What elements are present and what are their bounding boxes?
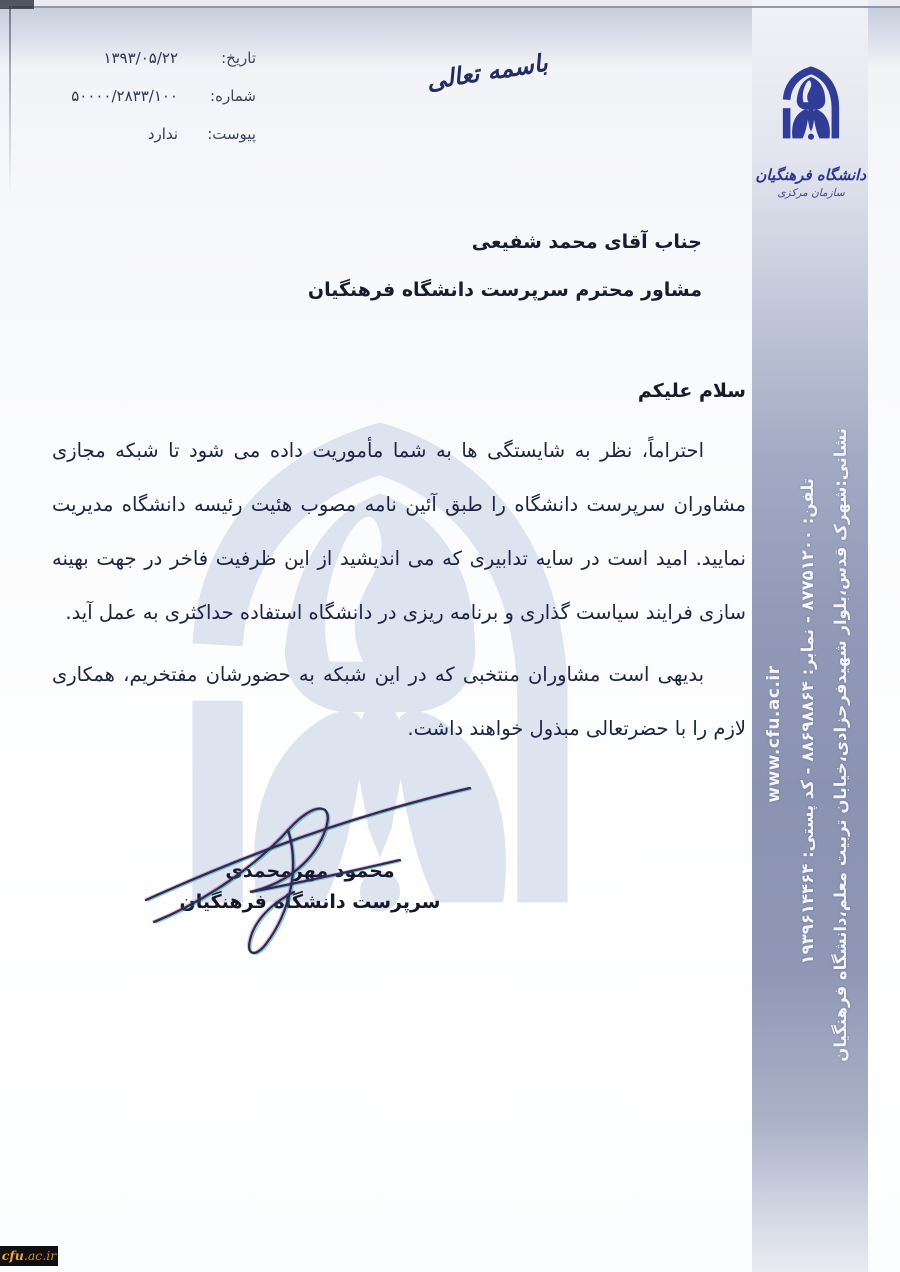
recipient-title: مشاور محترم سرپرست دانشگاه فرهنگیان	[0, 266, 702, 314]
badge-text-rest: .ac.ir	[24, 1246, 56, 1266]
letter-meta-fields: تاریخ: ۱۳۹۳/۰۵/۲۲ شماره: ۵۰۰۰۰/۲۸۳۳/۱۰۰ …	[28, 46, 256, 160]
recipient-name: جناب آقای محمد شفیعی	[0, 218, 702, 266]
logo-organization-name: سازمان مرکزی	[756, 187, 866, 199]
letter-body: سلام علیکم احتراماً، نظر به شایستگی ها ب…	[52, 380, 746, 764]
university-emblem-icon	[769, 66, 853, 162]
attachment-row: پیوست: ندارد	[28, 122, 256, 146]
number-row: شماره: ۵۰۰۰۰/۲۸۳۳/۱۰۰	[28, 84, 256, 108]
recipient-block: جناب آقای محمد شفیعی مشاور محترم سرپرست …	[0, 218, 702, 314]
attachment-label: پیوست:	[204, 122, 256, 146]
handwritten-signature-icon	[138, 772, 482, 968]
scan-top-edge-line	[12, 6, 900, 8]
salutation: سلام علیکم	[52, 380, 746, 402]
body-paragraph-2: بدیهی است مشاوران منتخبی که در این شبکه …	[52, 648, 746, 756]
university-logo: دانشگاه فرهنگیان سازمان مرکزی	[756, 66, 866, 199]
website-url: www.cfu.ac.ir	[758, 428, 791, 1040]
cfu-site-badge: cfu .ac.ir	[0, 1246, 58, 1266]
date-label: تاریخ:	[204, 46, 256, 70]
number-label: شماره:	[204, 84, 256, 108]
body-paragraph-1: احتراماً، نظر به شایستگی ها به شما مأمور…	[52, 424, 746, 640]
logo-university-name: دانشگاه فرهنگیان	[756, 166, 866, 184]
letterhead-contact-block: www.cfu.ac.ir تلفن: ۸۷۷۵۱۲۰۰ - نمابر: ۸۸…	[758, 428, 857, 1040]
address-line: نشانی:شهرک قدس،بلوار شهیدفرحزادی،خیابان …	[824, 428, 857, 1040]
date-row: تاریخ: ۱۳۹۳/۰۵/۲۲	[28, 46, 256, 70]
scan-left-edge-line	[9, 6, 11, 196]
scan-corner-mark	[0, 0, 34, 9]
phone-fax-postal-line: تلفن: ۸۷۷۵۱۲۰۰ - نمابر: ۸۸۶۹۸۸۶۴ - کد پس…	[791, 428, 824, 1040]
attachment-value: ندارد	[28, 122, 178, 146]
badge-text-bold: cfu	[2, 1246, 24, 1266]
date-value: ۱۳۹۳/۰۵/۲۲	[28, 46, 178, 70]
number-value: ۵۰۰۰۰/۲۸۳۳/۱۰۰	[28, 84, 178, 108]
